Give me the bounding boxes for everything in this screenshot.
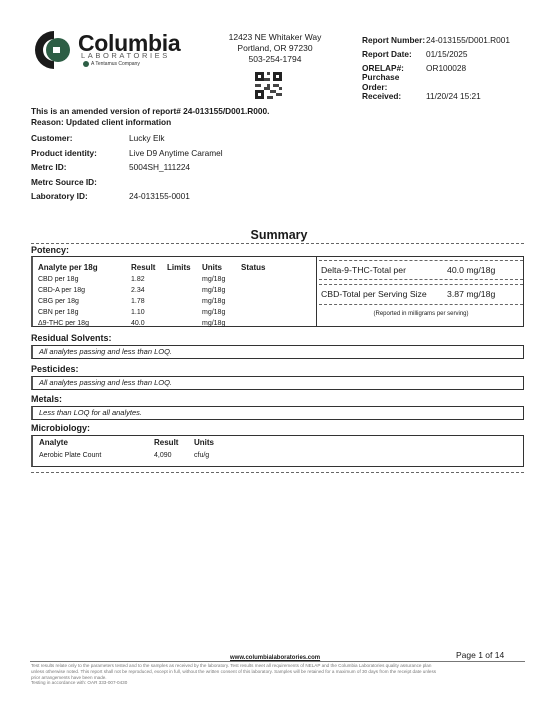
potency-label: Potency:: [31, 245, 69, 255]
report-number: 24-013155/D001.R001: [426, 35, 510, 45]
table-row: Aerobic Plate Count 4,090 cfu/g: [39, 452, 234, 459]
d9-thc-total-value: 40.0 mg/18g: [447, 265, 495, 275]
col-units: Units: [194, 438, 234, 447]
meta-row: Report Number:24-013155/D001.R001: [362, 33, 510, 47]
units: mg/18g: [202, 276, 241, 283]
units: mg/18g: [202, 309, 241, 316]
orelap-number: OR100028: [426, 63, 466, 73]
pesticides-box: All analytes passing and less than LOQ.: [31, 376, 524, 390]
client-row: Metrc Source ID:: [31, 175, 223, 190]
units: mg/18g: [202, 287, 241, 294]
analyte: Δ9-THC per 18g: [38, 320, 131, 327]
analyte: Aerobic Plate Count: [39, 452, 154, 459]
total-row: Delta-9-THC-Total per 40.0 mg/18g: [317, 263, 525, 277]
analyte: CBN per 18g: [38, 309, 131, 316]
client-row: Metrc ID:5004SH_111224: [31, 160, 223, 175]
client-info: Customer:Lucky Elk Product identity:Live…: [31, 131, 223, 204]
client-label: Metrc Source ID:: [31, 177, 129, 187]
totals-note: (Reported in milligrams per serving): [317, 311, 525, 317]
potency-box: Analyte per 18g Result Limits Units Stat…: [31, 256, 524, 327]
customer-value: Lucky Elk: [129, 133, 165, 143]
metals-box: Less than LOQ for all analytes.: [31, 406, 524, 420]
meta-label: Report Date:: [362, 49, 426, 59]
testing-accordance: Testing in accordance with: OAR 333-007-…: [31, 680, 531, 686]
pesticides-label: Pesticides:: [31, 364, 79, 374]
logo-subtitle: LABORATORIES: [81, 51, 170, 60]
report-date: 01/15/2025: [426, 49, 468, 59]
section-divider: [31, 472, 524, 473]
col-result: Result: [131, 263, 167, 272]
laboratory-id-value: 24-013155-0001: [129, 191, 190, 201]
meta-label: Purchase Order:: [362, 72, 426, 92]
table-row: CBD-A per 18g2.34mg/18g: [38, 285, 318, 296]
page-number: Page 1 of 14: [456, 650, 504, 660]
product-identity-value: Live D9 Anytime Caramel: [129, 148, 223, 158]
section-divider: [31, 243, 524, 244]
total-row: CBD-Total per Serving Size 3.87 mg/18g: [317, 287, 525, 301]
client-label: Metrc ID:: [31, 162, 129, 172]
total-label: Delta-9-THC-Total per: [317, 265, 447, 275]
address-street: 12423 NE Whitaker Way: [200, 32, 350, 43]
footer-divider: [30, 661, 525, 662]
total-label: CBD-Total per Serving Size: [317, 289, 447, 299]
residual-solvents-label: Residual Solvents:: [31, 333, 112, 343]
result: 1.78: [131, 298, 167, 305]
analyte: CBD per 18g: [38, 276, 131, 283]
meta-label: Received:: [362, 91, 426, 101]
units: cfu/g: [194, 452, 234, 459]
result: 2.34: [131, 287, 167, 294]
potency-header-row: Analyte per 18g Result Limits Units Stat…: [38, 261, 318, 274]
totals-divider: [319, 260, 523, 261]
units: mg/18g: [202, 298, 241, 305]
units: mg/18g: [202, 320, 241, 327]
potency-table: Analyte per 18g Result Limits Units Stat…: [38, 261, 318, 329]
analyte: CBD-A per 18g: [38, 287, 131, 294]
result: 1.10: [131, 309, 167, 316]
table-row: CBG per 18g1.78mg/18g: [38, 296, 318, 307]
qr-code-icon[interactable]: [255, 72, 282, 99]
report-meta: Report Number:24-013155/D001.R001 Report…: [362, 33, 510, 103]
amendment-notice: This is an amended version of report# 24…: [31, 106, 269, 128]
col-units: Units: [202, 263, 241, 272]
result: 4,090: [154, 452, 194, 459]
amendment-reason: Reason: Updated client information: [31, 117, 269, 128]
client-row: Laboratory ID:24-013155-0001: [31, 189, 223, 204]
result: 1.82: [131, 276, 167, 283]
metrc-id-value: 5004SH_111224: [129, 162, 190, 172]
totals-divider: [319, 284, 523, 285]
col-analyte: Analyte per 18g: [38, 263, 131, 272]
client-label: Laboratory ID:: [31, 191, 129, 201]
logo-tagline: A Tentamus Company: [83, 61, 140, 67]
cbd-total-value: 3.87 mg/18g: [447, 289, 495, 299]
client-row: Customer:Lucky Elk: [31, 131, 223, 146]
result: 40.0: [131, 320, 167, 327]
totals-divider: [319, 279, 523, 280]
logo-tagline-text: A Tentamus Company: [91, 61, 140, 67]
col-status: Status: [241, 263, 281, 272]
microbiology-label: Microbiology:: [31, 423, 90, 433]
potency-totals: Delta-9-THC-Total per 40.0 mg/18g CBD-To…: [316, 257, 525, 326]
analyte: CBG per 18g: [38, 298, 131, 305]
meta-row: Report Date:01/15/2025: [362, 47, 510, 61]
client-row: Product identity:Live D9 Anytime Caramel: [31, 146, 223, 161]
table-row: Δ9-THC per 18g40.0mg/18g: [38, 318, 318, 329]
microbiology-box: Analyte Result Units Aerobic Plate Count…: [31, 435, 524, 467]
client-label: Product identity:: [31, 148, 129, 158]
meta-label: Report Number:: [362, 35, 426, 45]
client-label: Customer:: [31, 133, 129, 143]
table-row: CBD per 18g1.82mg/18g: [38, 274, 318, 285]
tentamus-icon: [83, 61, 89, 67]
lab-address: 12423 NE Whitaker Way Portland, OR 97230…: [200, 32, 350, 65]
footer-disclaimer: Test results relate only to the paramete…: [31, 663, 531, 686]
col-analyte: Analyte: [39, 438, 154, 447]
col-limits: Limits: [167, 263, 202, 272]
metals-label: Metals:: [31, 394, 62, 404]
table-row: CBN per 18g1.10mg/18g: [38, 307, 318, 318]
columbia-logo-icon: [33, 29, 75, 71]
residual-solvents-box: All analytes passing and less than LOQ.: [31, 345, 524, 359]
address-city: Portland, OR 97230: [200, 43, 350, 54]
col-result: Result: [154, 438, 194, 447]
received-date: 11/20/24 15:21: [426, 91, 481, 101]
summary-title: Summary: [0, 228, 558, 242]
address-phone: 503-254-1794: [200, 54, 350, 65]
meta-row: Purchase Order:: [362, 75, 510, 89]
meta-row: Received:11/20/24 15:21: [362, 89, 510, 103]
micro-header-row: Analyte Result Units: [39, 438, 234, 447]
amendment-line: This is an amended version of report# 24…: [31, 106, 269, 117]
totals-divider: [319, 304, 523, 305]
